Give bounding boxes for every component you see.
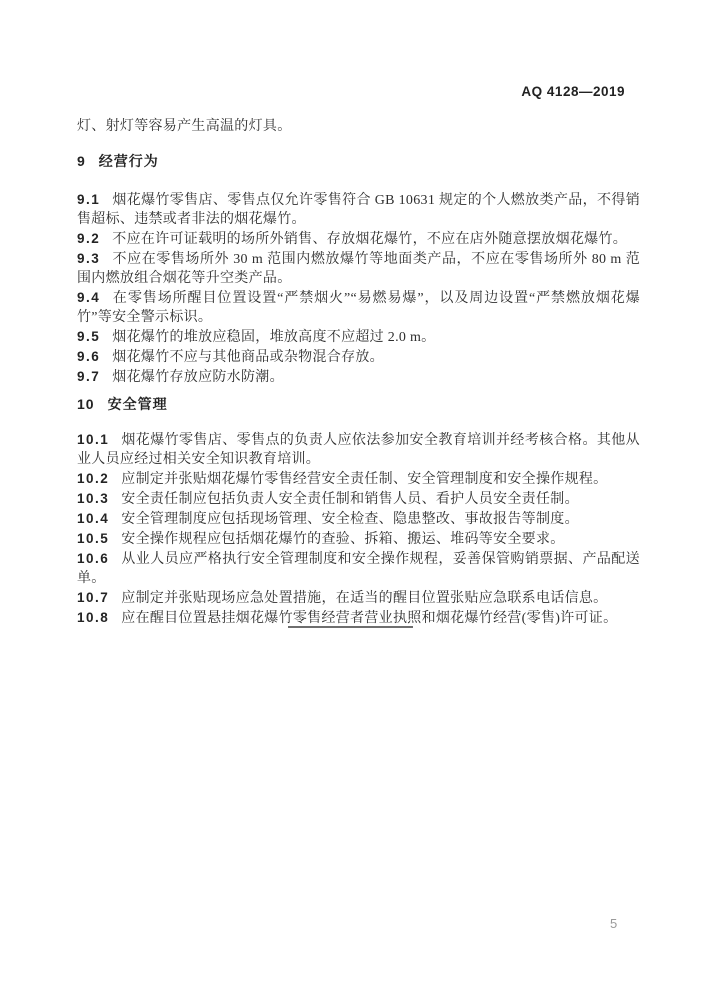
section-10-heading: 10安全管理 (77, 395, 640, 414)
clause-number: 9.3 (77, 251, 100, 266)
clause-text: 从业人员应严格执行安全管理制度和安全操作规程，妥善保管购销票据、产品配送单。 (77, 552, 640, 586)
clause-9-4: 9.4在零售场所醒目位置设置“严禁烟火”“易燃易爆”，以及周边设置“严禁燃放烟花… (77, 288, 640, 327)
clause-number: 9.7 (77, 369, 100, 384)
clause-text: 安全操作规程应包括烟花爆竹的查验、拆箱、搬运、堆码等安全要求。 (121, 532, 564, 547)
clause-number: 9.2 (77, 231, 100, 246)
clause-number: 10.3 (77, 491, 109, 506)
clause-9-5: 9.5烟花爆竹的堆放应稳固，堆放高度不应超过 2.0 m。 (77, 327, 640, 347)
clause-text: 在零售场所醒目位置设置“严禁烟火”“易燃易爆”，以及周边设置“严禁燃放烟花爆竹”… (77, 291, 640, 325)
clause-text: 安全管理制度应包括现场管理、安全检查、隐患整改、事故报告等制度。 (121, 512, 579, 527)
clause-9-6: 9.6烟花爆竹不应与其他商品或杂物混合存放。 (77, 347, 640, 367)
clause-number: 9.1 (77, 192, 100, 207)
clause-number: 10.5 (77, 531, 109, 546)
clause-10-7: 10.7应制定并张贴现场应急处置措施，在适当的醒目位置张贴应急联系电话信息。 (77, 588, 640, 608)
section-number: 9 (77, 153, 86, 169)
clause-number: 10.7 (77, 590, 109, 605)
clause-9-1: 9.1烟花爆竹零售店、零售点仅允许零售符合 GB 10631 规定的个人燃放类产… (77, 190, 640, 229)
clause-9-3: 9.3不应在零售场所外 30 m 范围内燃放爆竹等地面类产品，不应在零售场所外 … (77, 249, 640, 288)
clause-10-3: 10.3安全责任制应包括负责人安全责任制和销售人员、看护人员安全责任制。 (77, 489, 640, 509)
clause-10-1: 10.1烟花爆竹零售店、零售点的负责人应依法参加安全教育培训并经考核合格。其他从… (77, 430, 640, 469)
clause-number: 10.1 (77, 432, 109, 447)
clause-number: 10.4 (77, 511, 109, 526)
clause-text: 应在醒目位置悬挂烟花爆竹零售经营者营业执照和烟花爆竹经营(零售)许可证。 (121, 611, 617, 626)
clause-text: 烟花爆竹存放应防水防潮。 (112, 370, 284, 385)
section-title: 经营行为 (99, 153, 159, 169)
clause-10-5: 10.5安全操作规程应包括烟花爆竹的查验、拆箱、搬运、堆码等安全要求。 (77, 529, 640, 549)
clause-10-6: 10.6从业人员应严格执行安全管理制度和安全操作规程，妥善保管购销票据、产品配送… (77, 549, 640, 588)
clause-10-8: 10.8应在醒目位置悬挂烟花爆竹零售经营者营业执照和烟花爆竹经营(零售)许可证。 (77, 608, 640, 628)
clause-text: 烟花爆竹的堆放应稳固，堆放高度不应超过 2.0 m。 (112, 330, 435, 345)
clause-text: 烟花爆竹不应与其他商品或杂物混合存放。 (112, 350, 384, 365)
intro-paragraph: 灯、射灯等容易产生高温的灯具。 (77, 117, 640, 136)
clause-text: 不应在许可证载明的场所外销售、存放烟花爆竹，不应在店外随意摆放烟花爆竹。 (112, 232, 627, 247)
clause-number: 10.6 (77, 551, 109, 566)
clause-number: 9.4 (77, 290, 100, 305)
clause-9-7: 9.7烟花爆竹存放应防水防潮。 (77, 367, 640, 387)
section-number: 10 (77, 396, 95, 412)
page-number: 5 (610, 916, 617, 931)
document-page: AQ 4128—2019 灯、射灯等容易产生高温的灯具。 9经营行为 9.1烟花… (0, 0, 706, 1000)
clause-number: 9.5 (77, 329, 100, 344)
clause-text: 烟花爆竹零售店、零售点的负责人应依法参加安全教育培训并经考核合格。其他从业人员应… (77, 433, 640, 467)
clause-text: 安全责任制应包括负责人安全责任制和销售人员、看护人员安全责任制。 (121, 492, 579, 507)
clause-text: 应制定并张贴现场应急处置措施，在适当的醒目位置张贴应急联系电话信息。 (121, 591, 607, 606)
clause-text: 不应在零售场所外 30 m 范围内燃放爆竹等地面类产品，不应在零售场所外 80 … (77, 252, 640, 286)
clause-number: 10.2 (77, 471, 109, 486)
clause-text: 烟花爆竹零售店、零售点仅允许零售符合 GB 10631 规定的个人燃放类产品，不… (77, 193, 640, 227)
clause-text: 应制定并张贴烟花爆竹零售经营安全责任制、安全管理制度和安全操作规程。 (121, 472, 607, 487)
section-10-clauses: 10.1烟花爆竹零售店、零售点的负责人应依法参加安全教育培训并经考核合格。其他从… (77, 430, 640, 628)
standard-code-header: AQ 4128—2019 (0, 84, 625, 99)
end-of-document-rule (288, 626, 413, 628)
section-title: 安全管理 (108, 396, 168, 412)
clause-number: 10.8 (77, 610, 109, 625)
section-9-clauses: 9.1烟花爆竹零售店、零售点仅允许零售符合 GB 10631 规定的个人燃放类产… (77, 190, 640, 387)
clause-10-4: 10.4安全管理制度应包括现场管理、安全检查、隐患整改、事故报告等制度。 (77, 509, 640, 529)
clause-10-2: 10.2应制定并张贴烟花爆竹零售经营安全责任制、安全管理制度和安全操作规程。 (77, 469, 640, 489)
section-9-heading: 9经营行为 (77, 152, 640, 171)
clause-number: 9.6 (77, 349, 100, 364)
clause-9-2: 9.2不应在许可证载明的场所外销售、存放烟花爆竹，不应在店外随意摆放烟花爆竹。 (77, 229, 640, 249)
